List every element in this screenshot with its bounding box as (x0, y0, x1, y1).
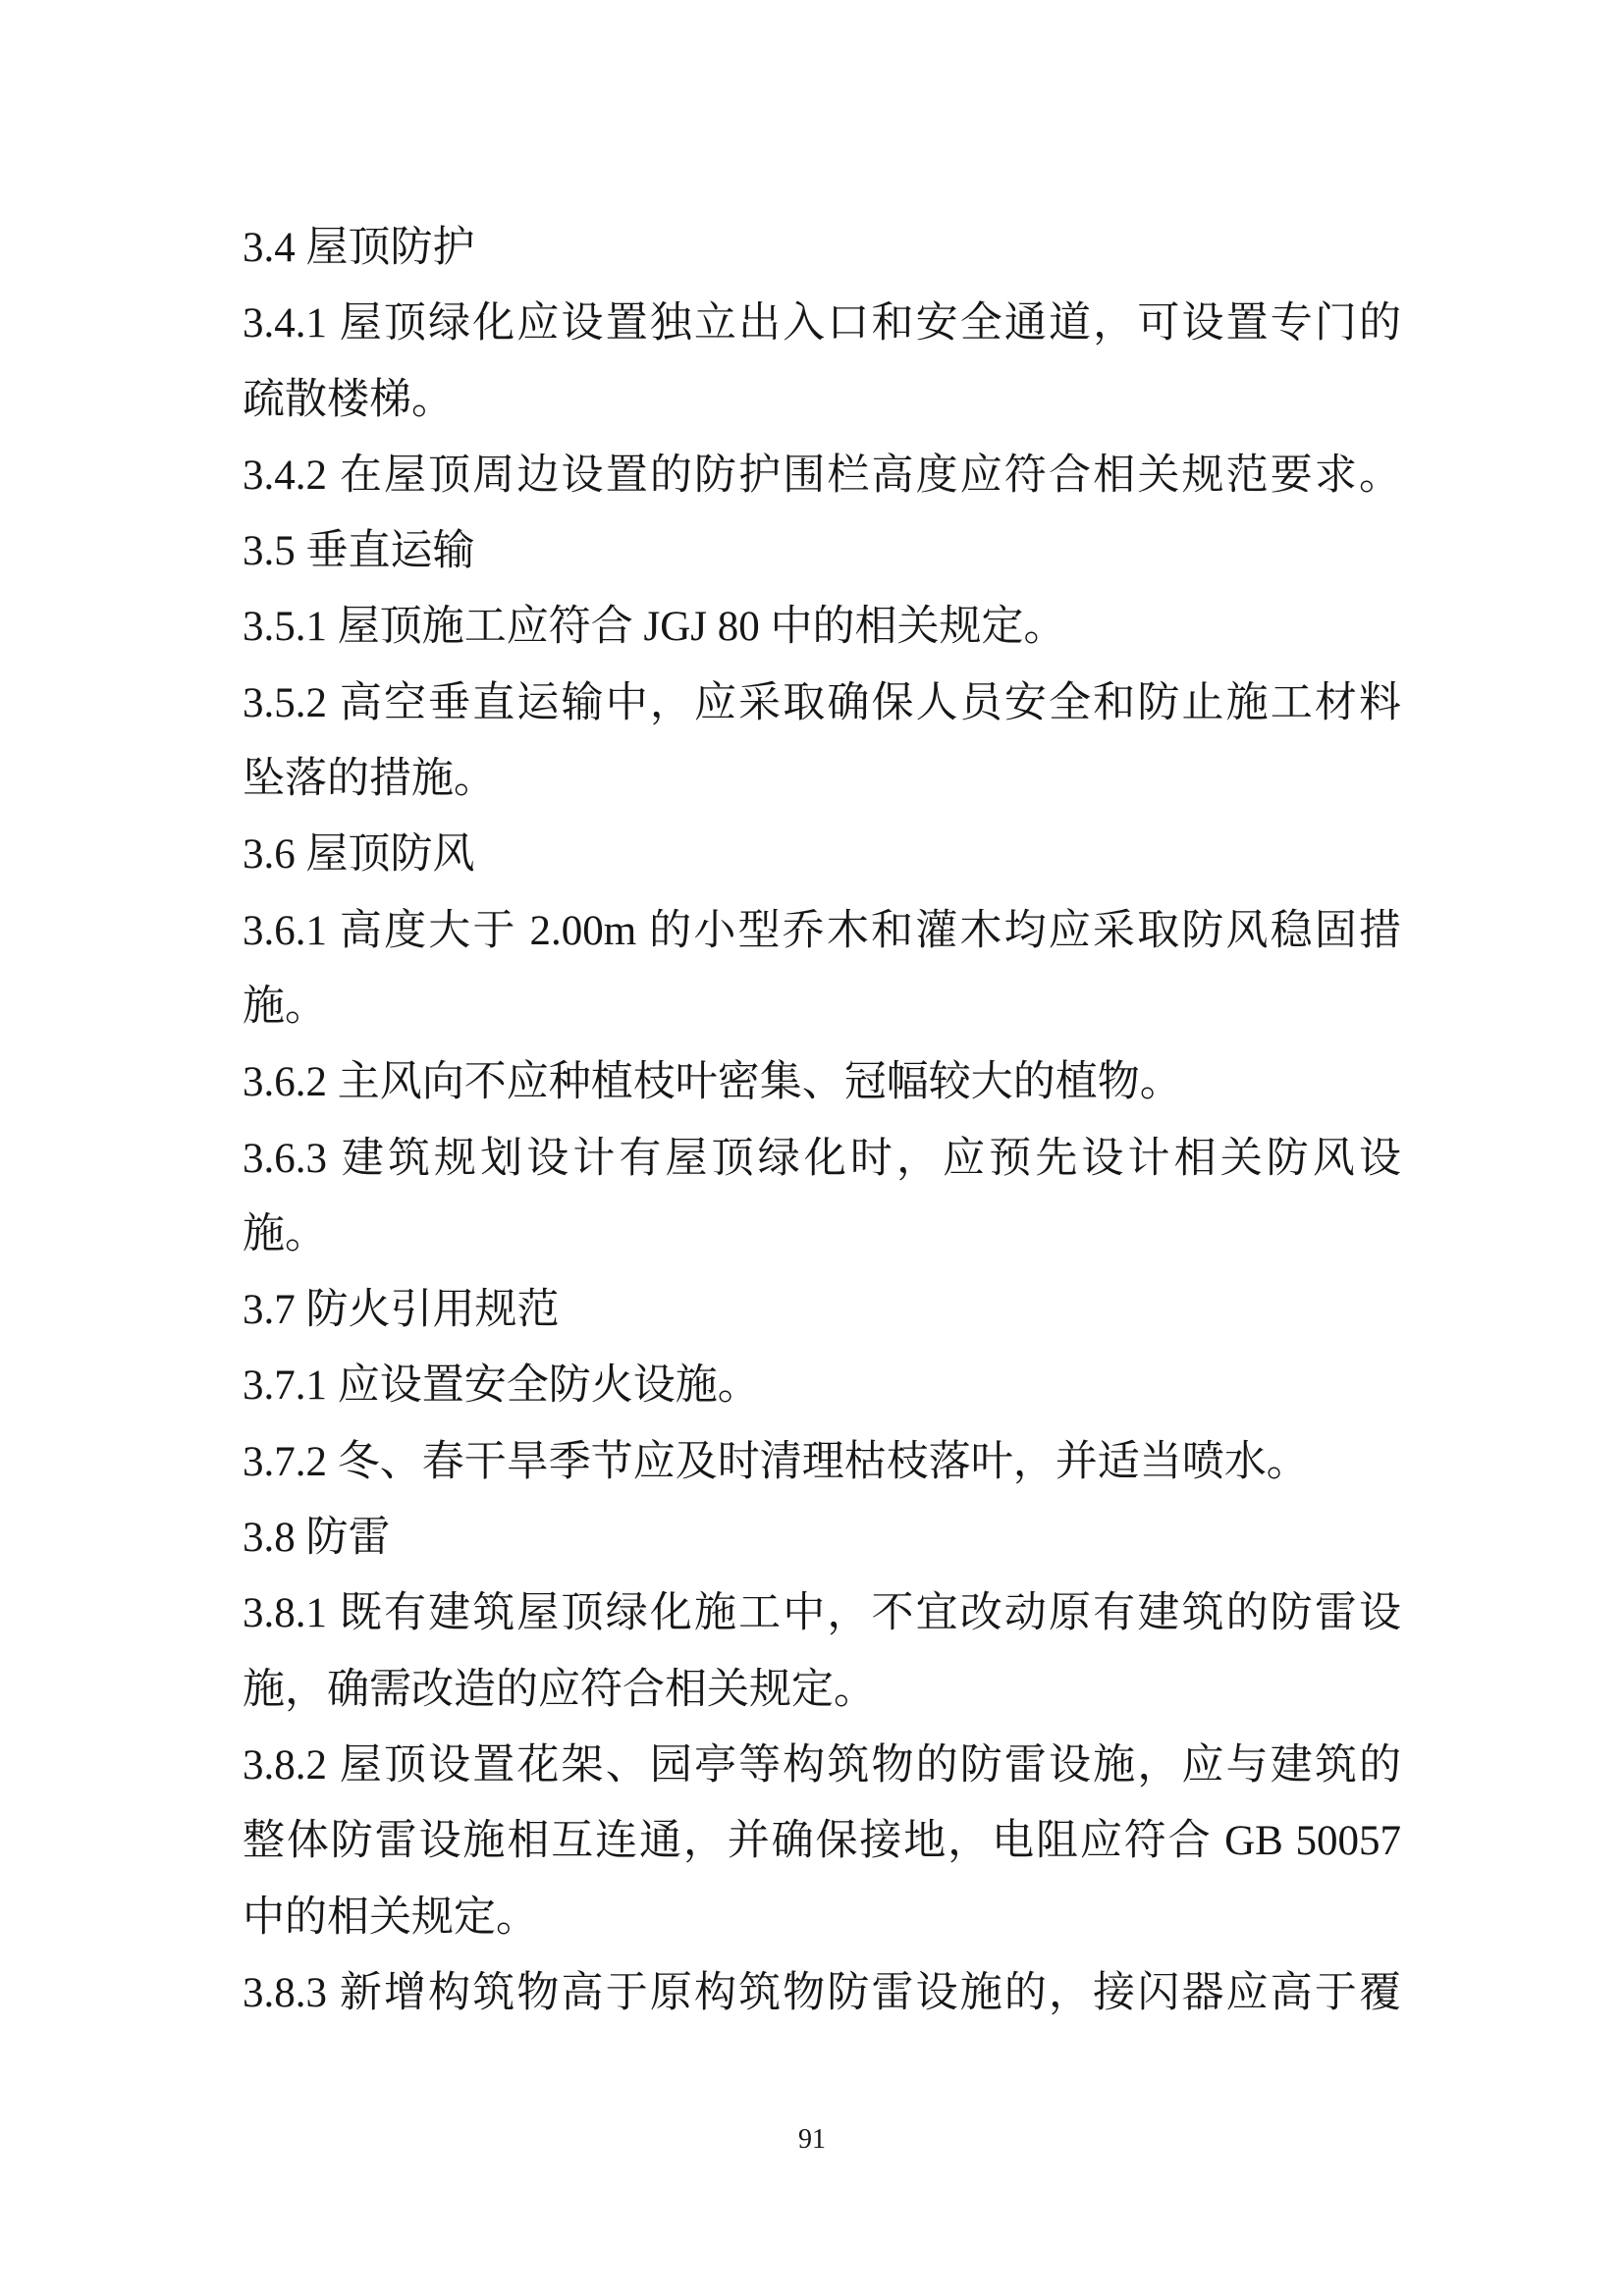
paragraph-line: 3.6.1 高度大于 2.00m 的小型乔木和灌木均应采取防风稳固措 (243, 893, 1401, 969)
paragraph-line: 3.8.2 屋顶设置花架、园亭等构筑物的防雷设施，应与建筑的 (243, 1728, 1401, 1803)
paragraph-line: 3.8.1 既有建筑屋顶绿化施工中，不宜改动原有建筑的防雷设 (243, 1575, 1401, 1651)
paragraph-line: 3.5.1 屋顶施工应符合 JGJ 80 中的相关规定。 (243, 589, 1401, 665)
document-body: 3.4 屋顶防护3.4.1 屋顶绿化应设置独立出入口和安全通道，可设置专门的疏散… (243, 210, 1401, 2031)
paragraph-line: 3.7.2 冬、春干旱季节应及时清理枯枝落叶，并适当喷水。 (243, 1424, 1401, 1500)
document-page: 3.4 屋顶防护3.4.1 屋顶绿化应设置独立出入口和安全通道，可设置专门的疏散… (0, 0, 1624, 2296)
paragraph-line: 3.8.3 新增构筑物高于原构筑物防雷设施的，接闪器应高于覆 (243, 1955, 1401, 2031)
paragraph-line: 整体防雷设施相互连通，并确保接地，电阻应符合 GB 50057 (243, 1803, 1401, 1879)
paragraph-line: 施，确需改造的应符合相关规定。 (243, 1652, 1401, 1728)
page-number: 91 (0, 2123, 1624, 2157)
paragraph-line: 施。 (243, 1197, 1401, 1272)
paragraph-line: 坠落的措施。 (243, 741, 1401, 817)
section-heading: 3.6 屋顶防风 (243, 817, 1401, 892)
paragraph-line: 3.4.2 在屋顶周边设置的防护围栏高度应符合相关规范要求。 (243, 438, 1401, 513)
section-heading: 3.8 防雷 (243, 1500, 1401, 1575)
section-heading: 3.5 垂直运输 (243, 513, 1401, 589)
paragraph-line: 3.4.1 屋顶绿化应设置独立出入口和安全通道，可设置专门的 (243, 286, 1401, 361)
paragraph-line: 3.5.2 高空垂直运输中，应采取确保人员安全和防止施工材料 (243, 666, 1401, 741)
section-heading: 3.4 屋顶防护 (243, 210, 1401, 286)
paragraph-line: 疏散楼梯。 (243, 362, 1401, 438)
paragraph-line: 3.6.3 建筑规划设计有屋顶绿化时，应预先设计相关防风设 (243, 1121, 1401, 1197)
paragraph-line: 3.7.1 应设置安全防火设施。 (243, 1348, 1401, 1423)
paragraph-line: 中的相关规定。 (243, 1880, 1401, 1955)
paragraph-line: 3.6.2 主风向不应种植枝叶密集、冠幅较大的植物。 (243, 1044, 1401, 1120)
paragraph-line: 施。 (243, 969, 1401, 1044)
section-heading: 3.7 防火引用规范 (243, 1272, 1401, 1348)
